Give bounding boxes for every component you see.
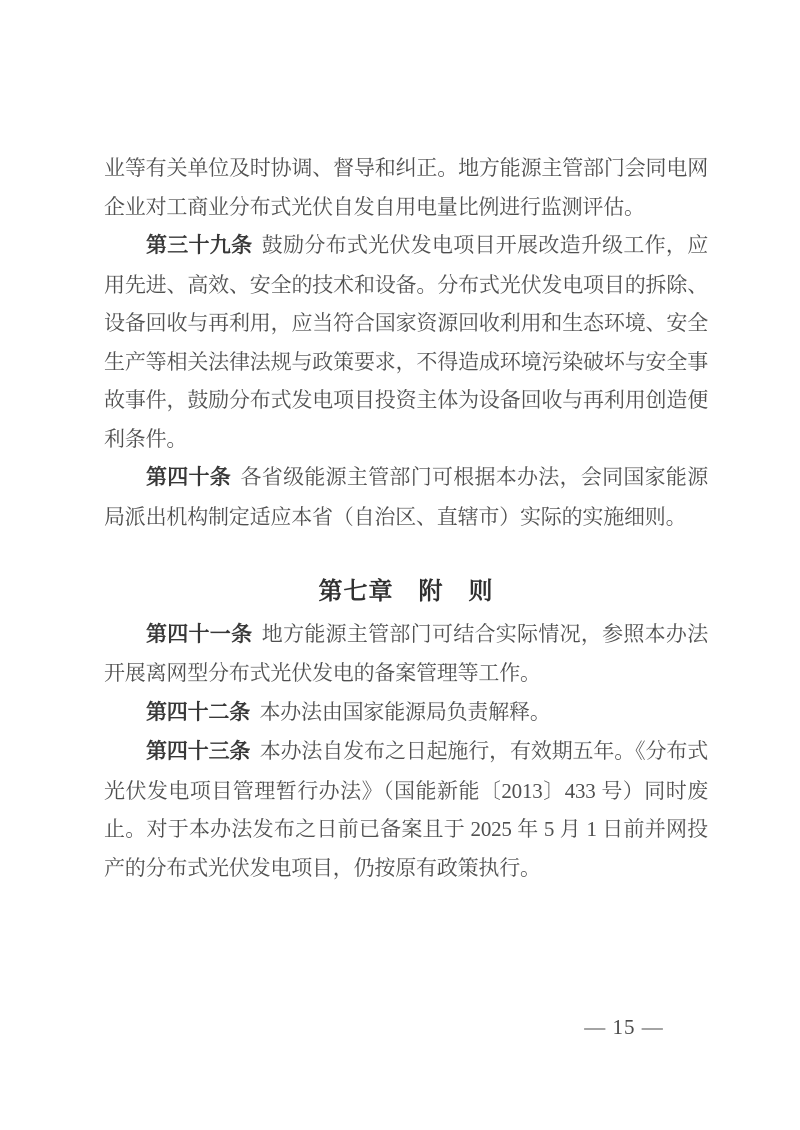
article-40: 第四十条各省级能源主管部门可根据本办法，会同国家能源局派出机构制定适应本省（自治… (104, 458, 708, 536)
article-43: 第四十三条本办法自发布之日起施行，有效期五年。《分布式光伏发电项目管理暂行办法》… (104, 732, 708, 887)
article-42-text: 本办法由国家能源局负责解释。 (259, 700, 550, 724)
page-number: — 15 — (564, 1014, 684, 1040)
article-42-label: 第四十二条 (146, 701, 250, 724)
paragraph-continuation: 业等有关单位及时协调、督导和纠正。地方能源主管部门会同电网企业对工商业分布式光伏… (104, 149, 708, 226)
article-41-label: 第四十一条 (146, 623, 252, 646)
chapter-heading: 第七章 附 则 (104, 573, 708, 612)
article-39-text: 鼓励分布式光伏发电项目开展改造升级工作，应用先进、高效、安全的技术和设备。分布式… (104, 233, 708, 451)
article-40-label: 第四十条 (146, 466, 231, 489)
article-39: 第三十九条鼓励分布式光伏发电项目开展改造升级工作，应用先进、高效、安全的技术和设… (104, 226, 708, 458)
article-39-label: 第三十九条 (146, 234, 252, 257)
document-body: 业等有关单位及时协调、督导和纠正。地方能源主管部门会同电网企业对工商业分布式光伏… (104, 149, 708, 887)
document-page: 业等有关单位及时协调、督导和纠正。地方能源主管部门会同电网企业对工商业分布式光伏… (0, 0, 800, 1130)
article-41: 第四十一条地方能源主管部门可结合实际情况，参照本办法开展离网型分布式光伏发电的备… (104, 615, 708, 693)
article-42: 第四十二条本办法由国家能源局负责解释。 (104, 693, 708, 733)
article-43-label: 第四十三条 (146, 740, 250, 763)
